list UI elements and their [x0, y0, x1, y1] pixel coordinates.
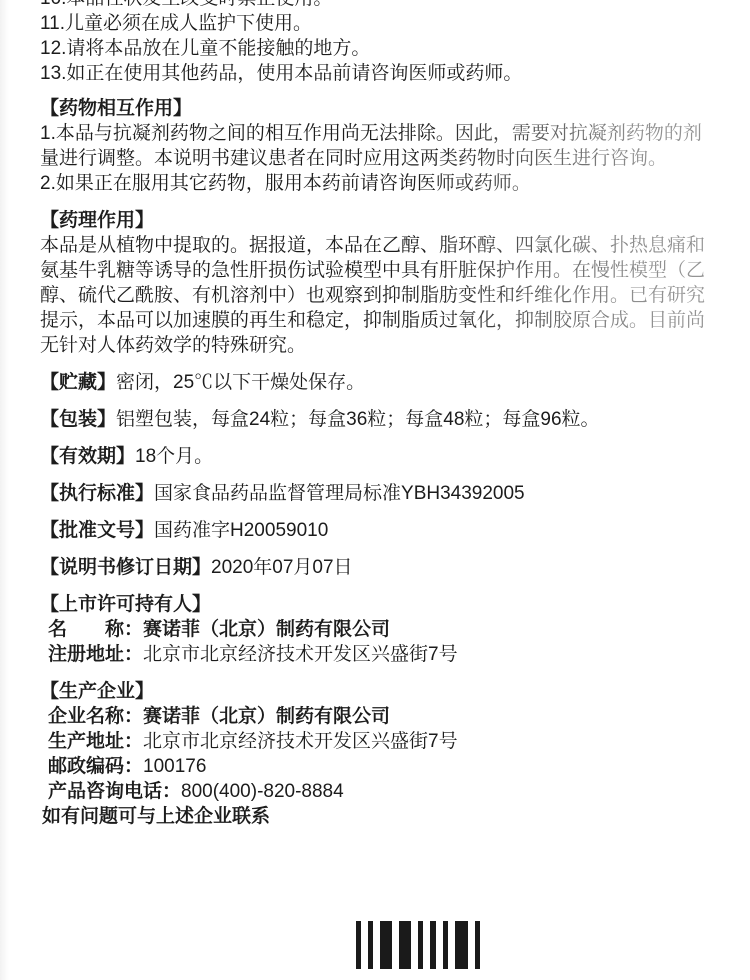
- shelf-life-row: 【有效期】18个月。: [40, 444, 718, 469]
- drug-interactions-item-2: 2.如果正在服用其它药物，服用本药前请咨询医师或药师。: [40, 171, 718, 196]
- precaution-item-12: 12.请将本品放在儿童不能接触的地方。: [40, 36, 718, 61]
- approval-number-value: 国药准字H20059010: [154, 520, 328, 541]
- license-holder-address-value: 北京市北京经济技术开发区兴盛街7号: [143, 644, 458, 665]
- packaging-label: 【包装】: [40, 409, 116, 430]
- license-holder-name-value: 赛诺菲（北京）制药有限公司: [143, 619, 390, 640]
- shelf-life-label: 【有效期】: [40, 446, 135, 467]
- section-title-license-holder: 【上市许可持有人】: [40, 592, 718, 617]
- manufacturer-address-row: 生产地址：北京市北京经济技术开发区兴盛街7号: [40, 729, 718, 754]
- section-title-manufacturer: 【生产企业】: [40, 679, 718, 704]
- manufacturer-phone-value: 800(400)-820-8884: [181, 781, 344, 802]
- manufacturer-postcode-row: 邮政编码：100176: [40, 754, 718, 779]
- packaging-value: 铝塑包装，每盒24粒；每盒36粒；每盒48粒；每盒96粒。: [116, 409, 600, 430]
- packaging-row: 【包装】铝塑包装，每盒24粒；每盒36粒；每盒48粒；每盒96粒。: [40, 407, 718, 432]
- manufacturer-phone-label: 产品咨询电话：: [48, 781, 181, 802]
- storage-value: 密闭，25℃以下干燥处保存。: [116, 372, 365, 393]
- pharmacology-body: 本品是从植物中提取的。据报道，本品在乙醇、脂环醇、四氯化碳、扑热息痛和氨基牛乳糖…: [40, 233, 718, 358]
- manufacturer-name-value: 赛诺菲（北京）制药有限公司: [143, 706, 390, 727]
- manufacturer-postcode-label: 邮政编码：: [48, 756, 143, 777]
- license-holder-address-label: 注册地址：: [48, 644, 143, 665]
- manufacturer-postcode-value: 100176: [143, 756, 206, 777]
- standard-value: 国家食品药品监督管理局标准YBH34392005: [154, 483, 525, 504]
- revision-date-value: 2020年07月07日: [211, 557, 353, 578]
- revision-date-label: 【说明书修订日期】: [40, 557, 211, 578]
- package-insert-page: 10.本品性状发生改变时禁止使用。 11.儿童必须在成人监护下使用。 12.请将…: [0, 0, 750, 980]
- contact-note: 如有问题可与上述企业联系: [40, 804, 718, 829]
- approval-number-row: 【批准文号】国药准字H20059010: [40, 518, 718, 543]
- manufacturer-phone-row: 产品咨询电话：800(400)-820-8884: [40, 779, 718, 804]
- license-holder-name-row: 名 称：赛诺菲（北京）制药有限公司: [40, 617, 718, 642]
- standard-label: 【执行标准】: [40, 483, 154, 504]
- license-holder-address-row: 注册地址：北京市北京经济技术开发区兴盛街7号: [40, 642, 718, 667]
- precaution-item-11: 11.儿童必须在成人监护下使用。: [40, 11, 718, 36]
- manufacturer-address-label: 生产地址：: [48, 731, 143, 752]
- standard-row: 【执行标准】国家食品药品监督管理局标准YBH34392005: [40, 481, 718, 506]
- manufacturer-address-value: 北京市北京经济技术开发区兴盛街7号: [143, 731, 458, 752]
- barcode: [356, 921, 718, 969]
- manufacturer-name-row: 企业名称：赛诺菲（北京）制药有限公司: [40, 704, 718, 729]
- storage-label: 【贮藏】: [40, 372, 116, 393]
- precaution-item-13: 13.如正在使用其他药品，使用本品前请咨询医师或药师。: [40, 61, 718, 86]
- approval-number-label: 【批准文号】: [40, 520, 154, 541]
- storage-row: 【贮藏】密闭，25℃以下干燥处保存。: [40, 370, 718, 395]
- shelf-life-value: 18个月。: [135, 446, 213, 467]
- section-title-pharmacology: 【药理作用】: [40, 208, 718, 233]
- manufacturer-name-label: 企业名称：: [48, 706, 143, 727]
- precaution-item-10: 10.本品性状发生改变时禁止使用。: [40, 0, 718, 11]
- section-title-drug-interactions: 【药物相互作用】: [40, 96, 718, 121]
- drug-interactions-item-1: 1.本品与抗凝剂药物之间的相互作用尚无法排除。因此，需要对抗凝剂药物的剂量进行调…: [40, 121, 718, 171]
- revision-date-row: 【说明书修订日期】2020年07月07日: [40, 555, 718, 580]
- license-holder-name-label: 名 称：: [48, 619, 143, 640]
